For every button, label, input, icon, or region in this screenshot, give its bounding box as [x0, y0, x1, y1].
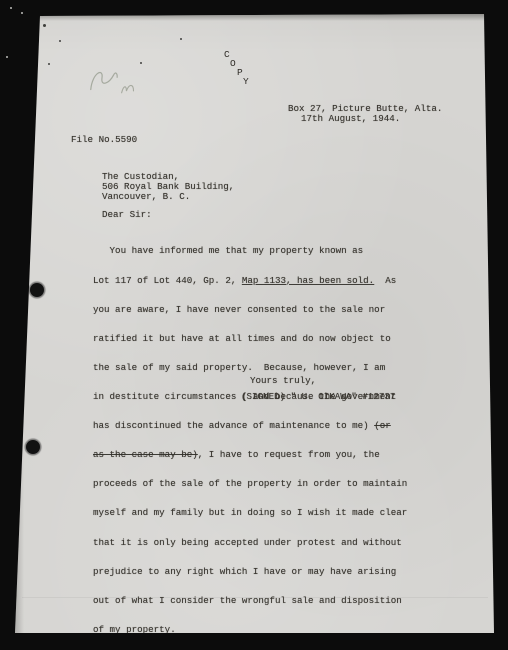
copy-stamp-letter: P: [237, 67, 243, 78]
scan-speck: [59, 40, 61, 42]
body-line: out of what I consider the wrongful sale…: [93, 596, 407, 606]
letter-paper: C O P Y Box 27, Picture Butte, Alta. 17t…: [0, 0, 508, 650]
scan-speck: [43, 24, 46, 27]
scan-speck: [48, 63, 50, 65]
body-line: as the case may be), I have to request f…: [93, 450, 407, 460]
scan-dust-speck: [21, 12, 23, 14]
body-line: the sale of my said property. Because, h…: [93, 363, 407, 373]
body-line-segment: has discontinued the advance of maintena…: [93, 420, 374, 431]
copy-stamp: C O P Y: [224, 49, 254, 89]
copy-stamp-letter: C: [224, 49, 230, 60]
underlined-text: Map 1133, has been sold.: [242, 275, 374, 286]
body-line: prejudice to any right which I have or m…: [93, 567, 407, 577]
body-line: has discontinued the advance of maintena…: [93, 421, 407, 431]
punch-hole-mark: [30, 283, 44, 297]
body-line-segment: Lot 117 of Lot 440, Gp. 2,: [93, 275, 242, 286]
body-line: ratified it but have at all times and do…: [93, 334, 407, 344]
body-line: proceeds of the sale of the property in …: [93, 479, 407, 489]
closing: Yours truly,: [250, 376, 316, 386]
copy-stamp-letter: O: [230, 58, 236, 69]
scanned-letter-page: C O P Y Box 27, Picture Butte, Alta. 17t…: [0, 0, 508, 650]
recipient-city: Vancouver, B. C.: [102, 192, 190, 202]
body-line: of my property.: [93, 625, 407, 635]
paper-left-edge-shadow: [14, 16, 24, 636]
struck-out-text: (or: [374, 420, 391, 431]
body-line: that it is only being accepted under pro…: [93, 538, 407, 548]
body-line-segment: As: [374, 275, 396, 286]
body-line: You have informed me that my property kn…: [93, 246, 407, 256]
scan-dust-speck: [10, 7, 12, 9]
copy-stamp-letter: Y: [243, 76, 249, 87]
salutation: Dear Sir:: [102, 210, 152, 220]
signature-line: (SIGNED) " U. OIKAWA" #12737: [241, 392, 395, 402]
punch-hole-mark: [26, 440, 40, 454]
paper-top-edge-shadow: [38, 13, 488, 21]
body-line: myself and my family but in doing so I w…: [93, 508, 407, 518]
struck-out-text: as the case may be): [93, 449, 198, 460]
file-number: File No.5590: [71, 135, 137, 145]
handwritten-annotation: [73, 53, 154, 114]
scan-dust-speck: [6, 56, 8, 58]
body-line-segment: , I have to request from you, the: [198, 449, 380, 460]
body-line: Lot 117 of Lot 440, Gp. 2, Map 1133, has…: [93, 276, 407, 286]
letter-body: You have informed me that my property kn…: [93, 227, 407, 650]
body-line: you are aware, I have never consented to…: [93, 305, 407, 315]
scan-speck: [180, 38, 182, 40]
letter-date: 17th August, 1944.: [301, 114, 400, 124]
